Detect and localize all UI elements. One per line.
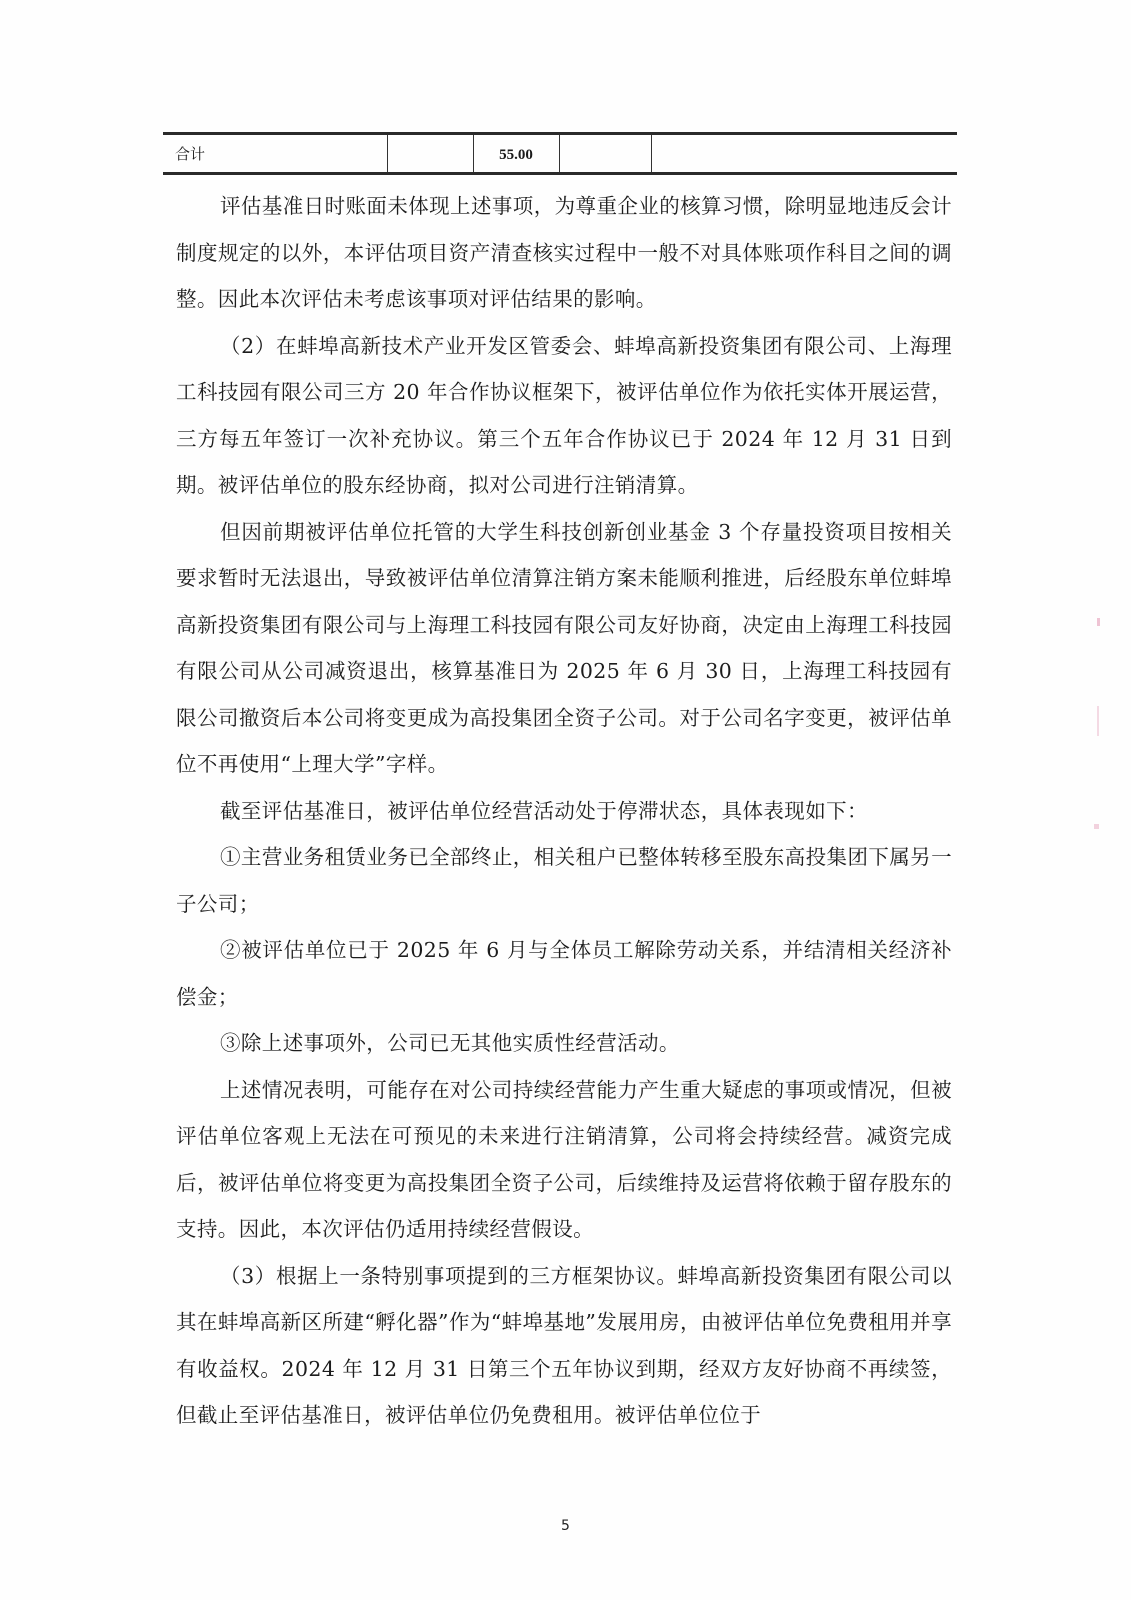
paragraph-item-2: （2）在蚌埠高新技术产业开发区管委会、蚌埠高新投资集团有限公司、上海理工科技园有… [176, 323, 952, 509]
page-number: 5 [0, 1518, 1131, 1534]
paragraph-operations-status: 截至评估基准日，被评估单位经营活动处于停滞状态，具体表现如下： [176, 788, 952, 835]
table-cell [559, 134, 651, 174]
seal-edge-mark [1094, 824, 1099, 829]
total-row-table: 合计 55.00 [163, 132, 957, 175]
seal-edge-mark [1097, 618, 1100, 626]
paragraph-capital-reduction: 但因前期被评估单位托管的大学生科技创新创业基金 3 个存量投资项目按相关要求暂时… [176, 509, 952, 788]
paragraph-point-2: ②被评估单位已于 2025 年 6 月与全体员工解除劳动关系，并结清相关经济补偿… [176, 927, 952, 1020]
table-cell [651, 134, 957, 174]
table-row-total: 合计 55.00 [163, 134, 957, 174]
paragraph-accounting-note: 评估基准日时账面未体现上述事项，为尊重企业的核算习惯，除明显地违反会计制度规定的… [176, 183, 952, 323]
total-label: 合计 [163, 134, 387, 174]
document-body: 评估基准日时账面未体现上述事项，为尊重企业的核算习惯，除明显地违反会计制度规定的… [176, 183, 952, 1439]
seal-edge-mark [1097, 706, 1099, 736]
total-amount: 55.00 [473, 134, 559, 174]
paragraph-point-3: ③除上述事项外，公司已无其他实质性经营活动。 [176, 1020, 952, 1067]
paragraph-point-1: ①主营业务租赁业务已全部终止，相关租户已整体转移至股东高投集团下属另一子公司； [176, 834, 952, 927]
table-cell [387, 134, 473, 174]
paragraph-going-concern: 上述情况表明，可能存在对公司持续经营能力产生重大疑虑的事项或情况，但被评估单位客… [176, 1067, 952, 1253]
paragraph-item-3: （3）根据上一条特别事项提到的三方框架协议。蚌埠高新投资集团有限公司以其在蚌埠高… [176, 1253, 952, 1439]
document-page: 合计 55.00 评估基准日时账面未体现上述事项，为尊重企业的核算习惯，除明显地… [0, 0, 1131, 1600]
